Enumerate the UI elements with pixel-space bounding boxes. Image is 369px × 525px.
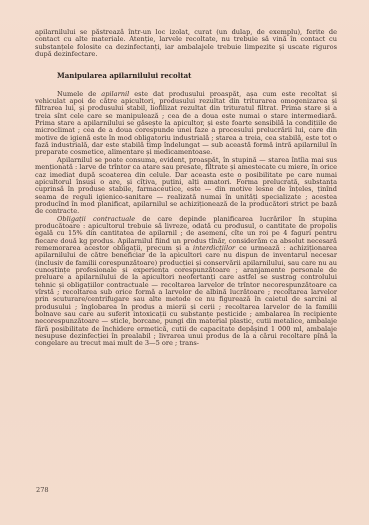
page-content: apilarnilului se păstrează într-un loc i… bbox=[35, 29, 337, 348]
book-page: apilarnilului se păstrează într-un loc i… bbox=[0, 0, 369, 525]
section-heading: Manipularea apilarnilului recoltat bbox=[57, 72, 337, 79]
paragraph-apilarnil-definition: Numele de apilarnil este dat produsului … bbox=[35, 91, 337, 157]
paragraph-3-text2: ce urmează : achiziționarea apilarnilulu… bbox=[35, 244, 337, 347]
paragraph-obligations: Obligații contractuale de care depinde p… bbox=[35, 216, 337, 348]
top-paragraph: apilarnilului se păstrează într-un loc i… bbox=[35, 29, 337, 58]
paragraph-consumption: Apilarnilul se poate consuma, evident, p… bbox=[35, 157, 337, 216]
paragraph-1-text: este dat produsului proaspăt, așa cum es… bbox=[35, 90, 337, 157]
page-number: 278 bbox=[36, 486, 49, 494]
